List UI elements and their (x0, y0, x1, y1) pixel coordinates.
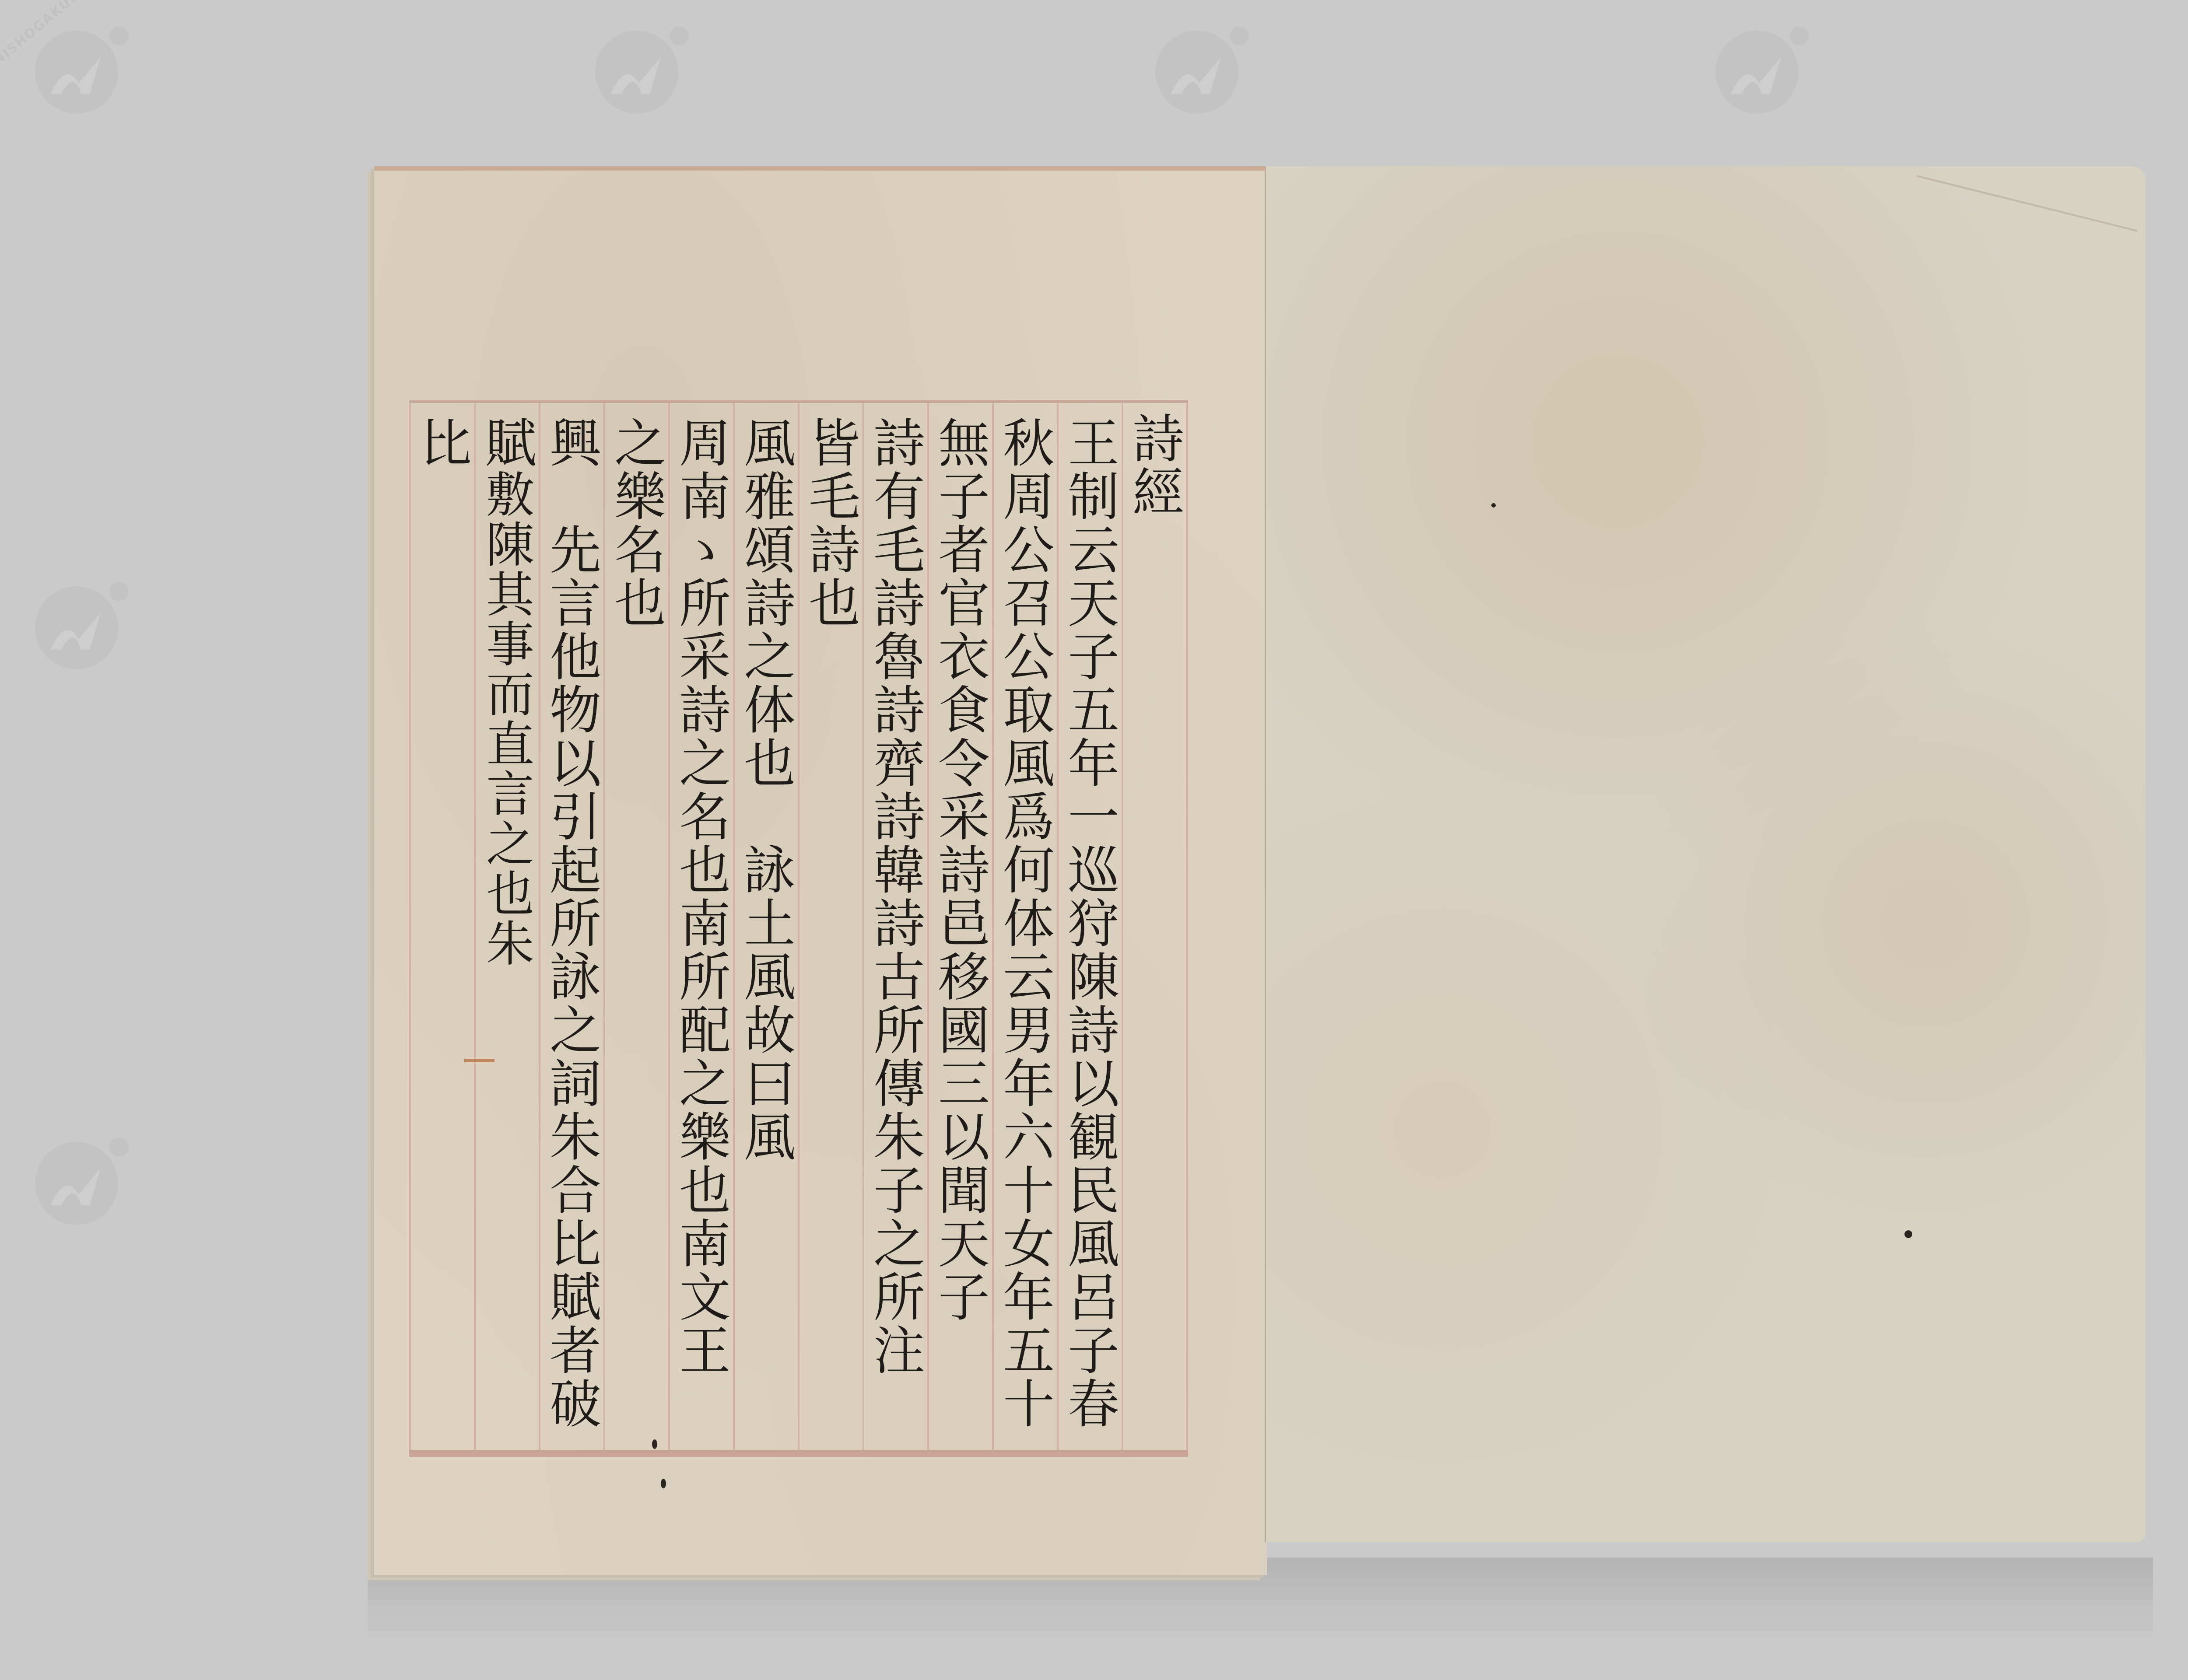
fu-body: 敷陳其事而直言之也朱 (478, 469, 534, 968)
text-column: 比 (409, 403, 474, 1450)
ink-dot (652, 1439, 657, 1449)
watermark-logo (1698, 9, 1812, 122)
text-column-fu: 賦敷陳其事而直言之也朱 (474, 403, 539, 1450)
watermark-logo: NISHOGAKUSHA (18, 9, 131, 122)
nishogakusha-logo-icon (48, 57, 109, 96)
text-column: 無子者官衣食令采詩邑移國三以聞天子 (927, 403, 992, 1450)
watermark-logo (1138, 9, 1252, 122)
text-column: 秋周公召公取風爲何体云男年六十女年五十 (992, 403, 1057, 1450)
text-column: 皆毛詩也 (798, 403, 863, 1450)
watermark-logo (578, 9, 691, 122)
nishogakusha-logo-icon (48, 612, 109, 652)
ink-stain (464, 1059, 494, 1062)
text-column: 周南ゝ所采詩之名也南所配之樂也南文王 (668, 403, 733, 1450)
text-columns: 詩經 王制云天子五年一巡狩陳詩以観民風呂子春 秋周公召公取風爲何体云男年六十女年… (409, 403, 1188, 1450)
text-column: 風雅頌詩之体也 詠土風故曰風 (733, 403, 798, 1450)
right-page (1265, 166, 2146, 1542)
nishogakusha-logo-icon (1729, 57, 1790, 96)
nishogakusha-logo-icon (608, 57, 670, 96)
text-column: 王制云天子五年一巡狩陳詩以観民風呂子春 (1057, 403, 1122, 1450)
ink-dot (1904, 1230, 1912, 1238)
text-column: 興 先言他物以引起所詠之詞朱合比賦者破 (539, 403, 603, 1450)
ink-dot (1491, 503, 1496, 507)
watermark-logo (18, 564, 131, 678)
nishogakusha-logo-icon (48, 1168, 109, 1207)
text-frame: 詩經 王制云天子五年一巡狩陳詩以観民風呂子春 秋周公召公取風爲何体云男年六十女年… (409, 400, 1188, 1457)
fu-heading: 賦 (476, 416, 536, 469)
text-column: 之樂名也 (603, 403, 668, 1450)
title-column: 詩經 (1122, 403, 1188, 1450)
watermark-logo (18, 1120, 131, 1234)
ink-dot (661, 1479, 666, 1488)
nishogakusha-logo-icon (1168, 57, 1230, 96)
text-column: 詩有毛詩魯詩齊詩韓詩古所傳朱子之所注 (863, 403, 927, 1450)
